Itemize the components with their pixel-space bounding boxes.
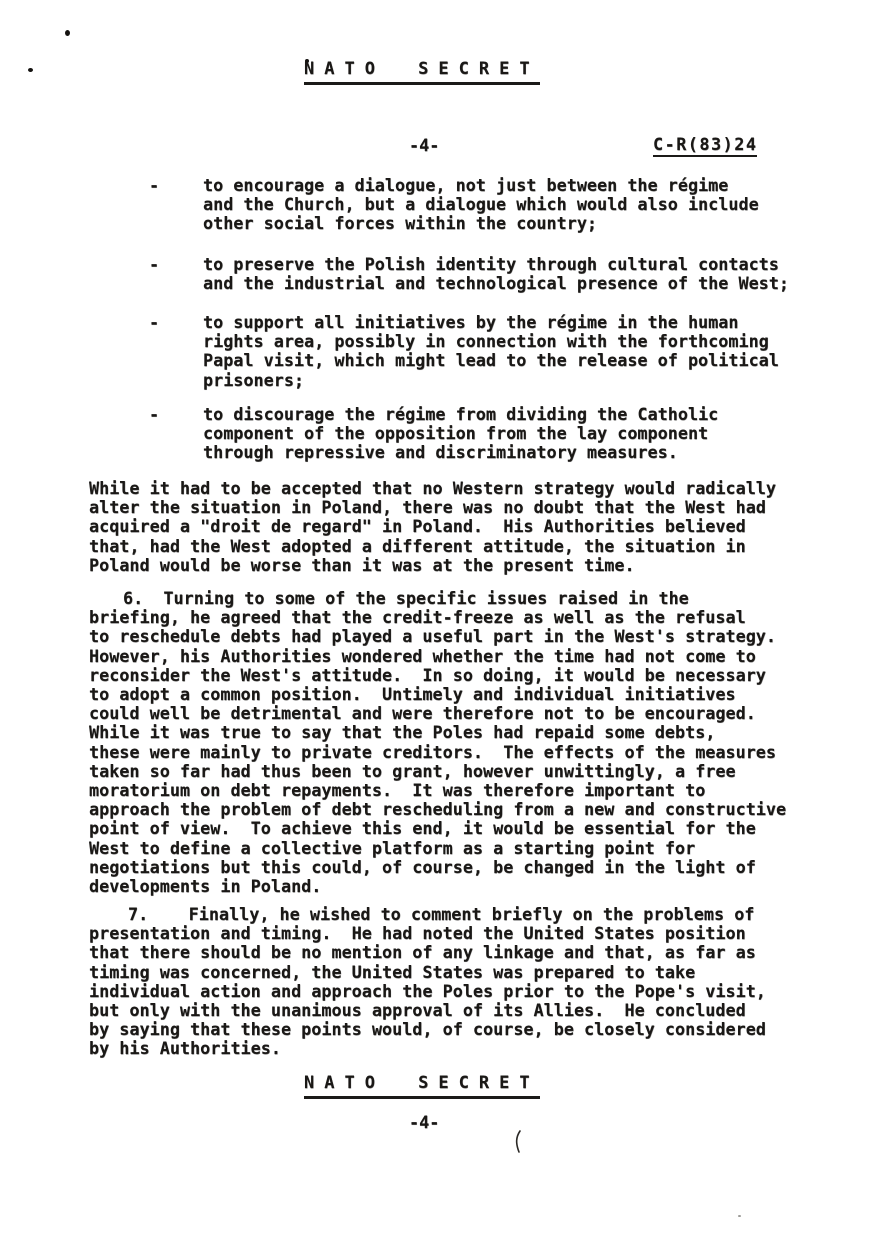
paragraph-6: 6. Turning to some of the specific issue…: [89, 589, 786, 896]
paragraph-conclusion: While it had to be accepted that no West…: [89, 479, 776, 575]
pen-mark: [511, 1129, 525, 1155]
scan-speck: [65, 30, 70, 36]
scan-speck: [28, 68, 33, 72]
page-number-top: -4-: [409, 136, 439, 155]
bullet-dash: -: [149, 176, 159, 195]
bullet-dash: -: [149, 405, 159, 424]
document-reference: C-R(83)24: [653, 135, 757, 157]
page-number-bottom: -4-: [409, 1113, 439, 1132]
paragraph-7: 7. Finally, he wished to comment briefly…: [89, 905, 766, 1059]
bullet-item: to support all initiatives by the régime…: [203, 313, 779, 390]
classification-banner-top: NATO SECRET: [304, 60, 540, 85]
classification-banner-bottom: NATO SECRET: [304, 1074, 540, 1099]
bullet-item: to encourage a dialogue, not just betwee…: [203, 176, 759, 234]
bullet-dash: -: [149, 313, 159, 332]
scan-speck: [738, 1215, 741, 1217]
bullet-dash: -: [149, 255, 159, 274]
bullet-item: to preserve the Polish identity through …: [203, 255, 789, 293]
bullet-item: to discourage the régime from dividing t…: [203, 405, 718, 463]
